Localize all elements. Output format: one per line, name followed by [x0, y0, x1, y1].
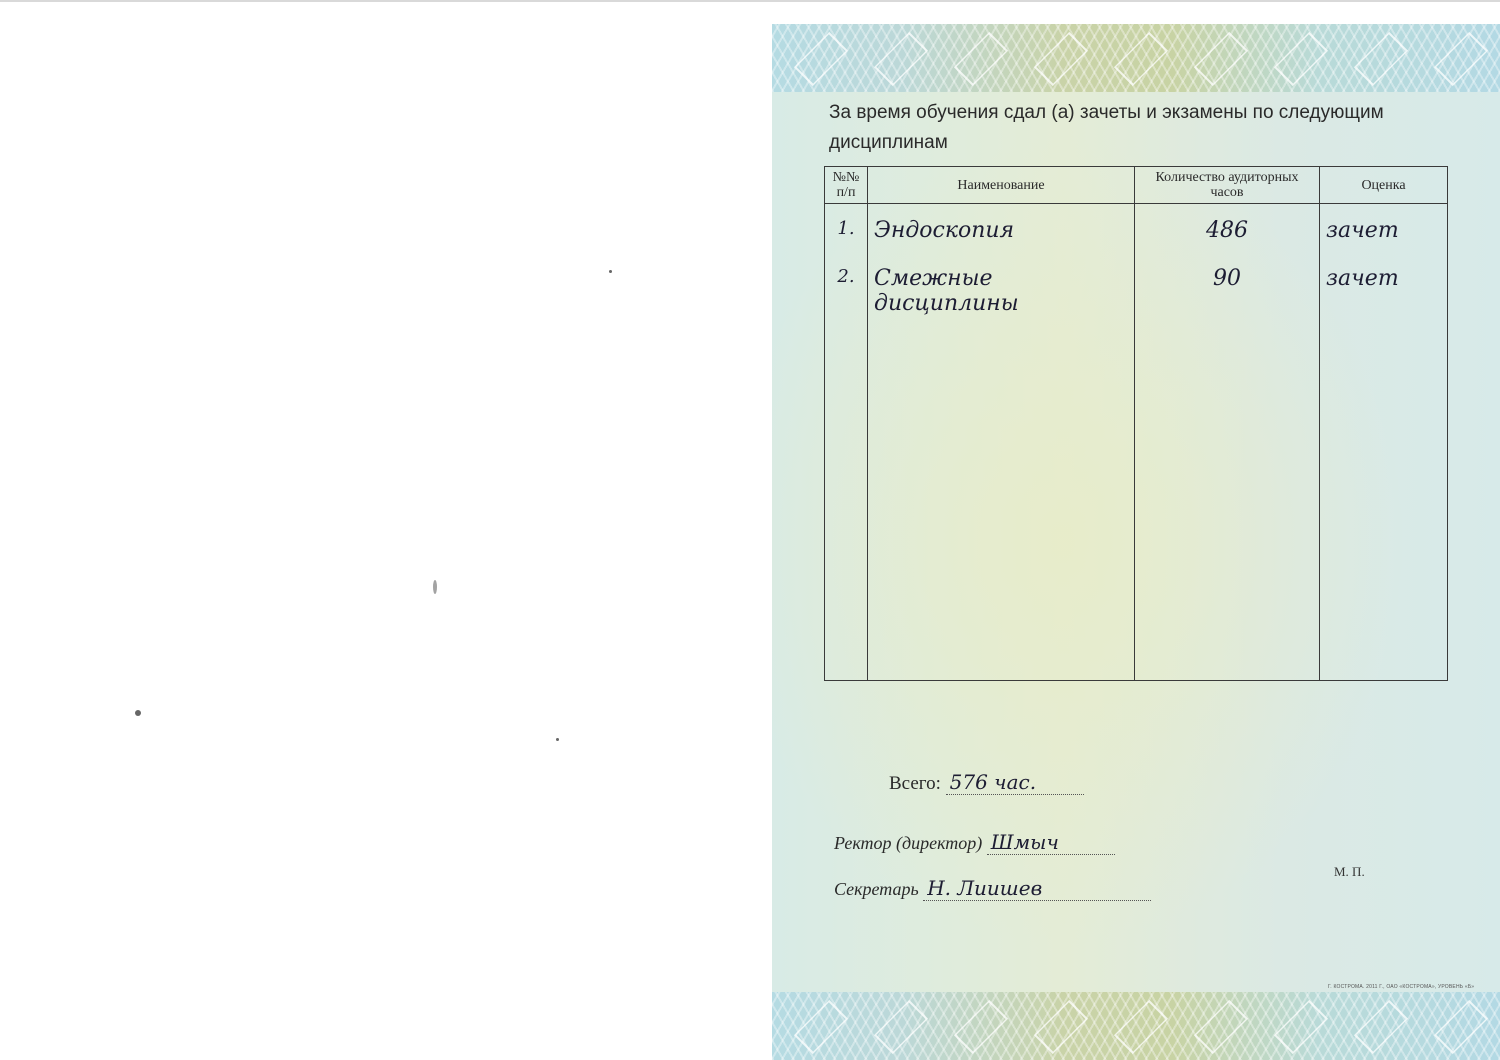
- scan-edge: [0, 0, 1500, 2]
- scan-speck: [556, 738, 559, 741]
- table-header-row: №№ п/п Наименование Количество аудиторны…: [825, 167, 1448, 204]
- header-hours: Количество аудиторных часов: [1135, 167, 1320, 204]
- row-number: 1.: [825, 204, 868, 267]
- row-number: 2.: [825, 266, 868, 681]
- rector-label: Ректор (директор): [834, 833, 982, 853]
- total-value: 576 час.: [946, 770, 1084, 795]
- grades-table: №№ п/п Наименование Количество аудиторны…: [824, 166, 1448, 681]
- secretary-signature: Н. Лиишев: [923, 876, 1151, 901]
- header-number: №№ п/п: [825, 167, 868, 204]
- scan-speck: [433, 580, 437, 594]
- scan-speck: [609, 270, 612, 273]
- grade-value: зачет: [1320, 204, 1448, 267]
- intro-text: За время обучения сдал (а) зачеты и экза…: [829, 98, 1469, 158]
- hours-value: 90: [1135, 266, 1320, 681]
- hours-value: 486: [1135, 204, 1320, 267]
- guilloche-bottom-border: [772, 992, 1500, 1060]
- discipline-name: Эндоскопия: [868, 204, 1135, 267]
- header-name: Наименование: [868, 167, 1135, 204]
- certificate-page: За время обучения сдал (а) зачеты и экза…: [772, 24, 1500, 1060]
- guilloche-top-border: [772, 24, 1500, 92]
- table-row: 2. Смежные дисциплины 90 зачет: [825, 266, 1448, 681]
- total-label: Всего:: [889, 773, 941, 794]
- printer-imprint: Г. КОСТРОМА. 2011 Г., ОАО «КОСТРОМА», УР…: [1328, 984, 1474, 990]
- rector-signature: Шмыч: [987, 830, 1115, 855]
- total-hours: Всего: 576 час.: [889, 770, 1084, 795]
- scan-speck: [135, 710, 141, 716]
- secretary-label: Секретарь: [834, 879, 919, 899]
- secretary-signature-line: Секретарь Н. Лиишев: [834, 876, 1151, 901]
- grade-value: зачет: [1320, 266, 1448, 681]
- stamp-place: М. П.: [1334, 864, 1365, 880]
- discipline-name: Смежные дисциплины: [868, 266, 1135, 681]
- table-row: 1. Эндоскопия 486 зачет: [825, 204, 1448, 267]
- header-grade: Оценка: [1320, 167, 1448, 204]
- rector-signature-line: Ректор (директор) Шмыч: [834, 830, 1115, 855]
